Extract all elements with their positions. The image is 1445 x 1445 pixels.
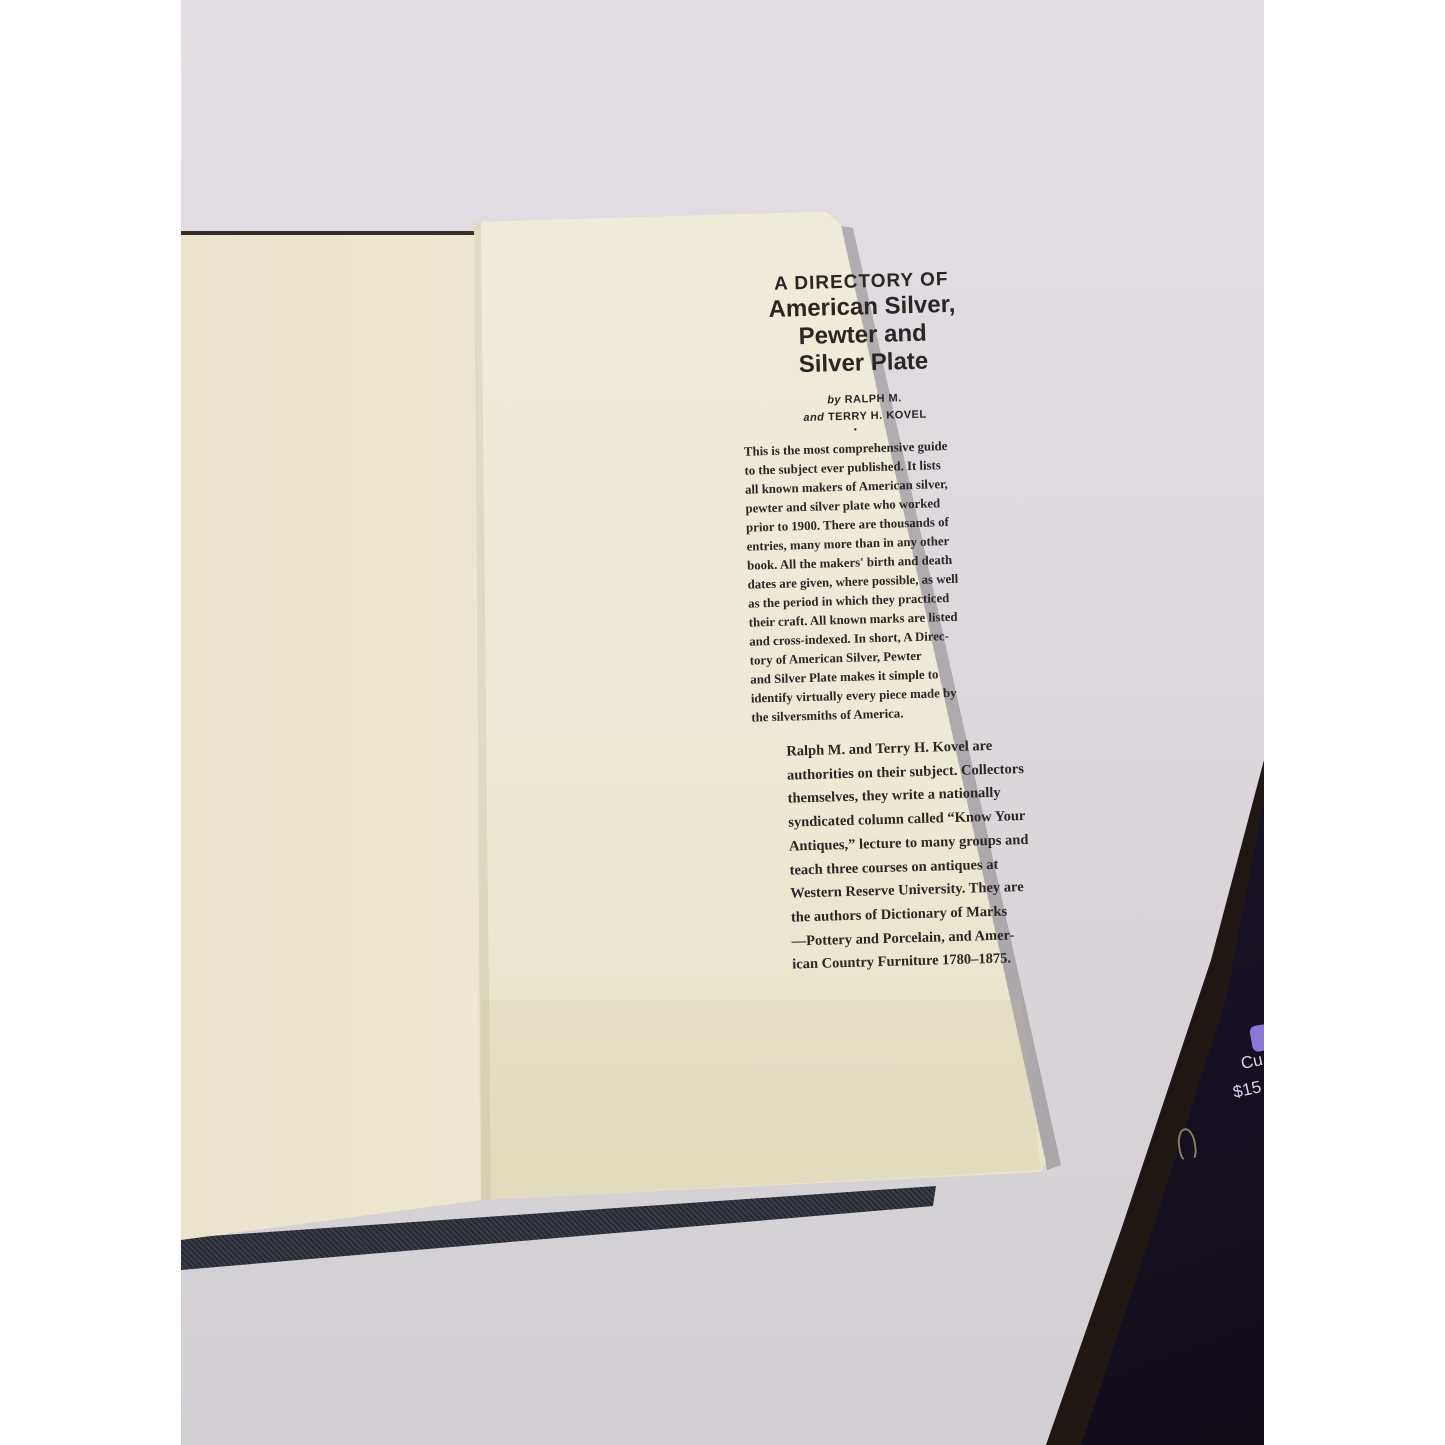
book-cover-top-edge: [181, 231, 481, 235]
phone-text-line1: Cu: [1239, 1050, 1264, 1074]
flap-text-block: A DIRECTORY OF American Silver, Pewter a…: [731, 265, 1111, 979]
title-line: Silver Plate: [733, 346, 994, 381]
author-1: RALPH M.: [844, 392, 901, 406]
description-paragraph: This is the most comprehensive guideto t…: [744, 433, 1082, 727]
authors-paragraph: Ralph M. and Terry H. Kovel areauthoriti…: [768, 732, 1119, 979]
book-title: American Silver, Pewter and Silver Plate: [732, 290, 994, 381]
photo: Cu $15 A DIRECTORY OF American Silver, P…: [181, 0, 1264, 1445]
byline-and: and: [803, 411, 824, 424]
author-2: TERRY H. KOVEL: [828, 409, 927, 424]
byline-by: by: [827, 394, 841, 406]
